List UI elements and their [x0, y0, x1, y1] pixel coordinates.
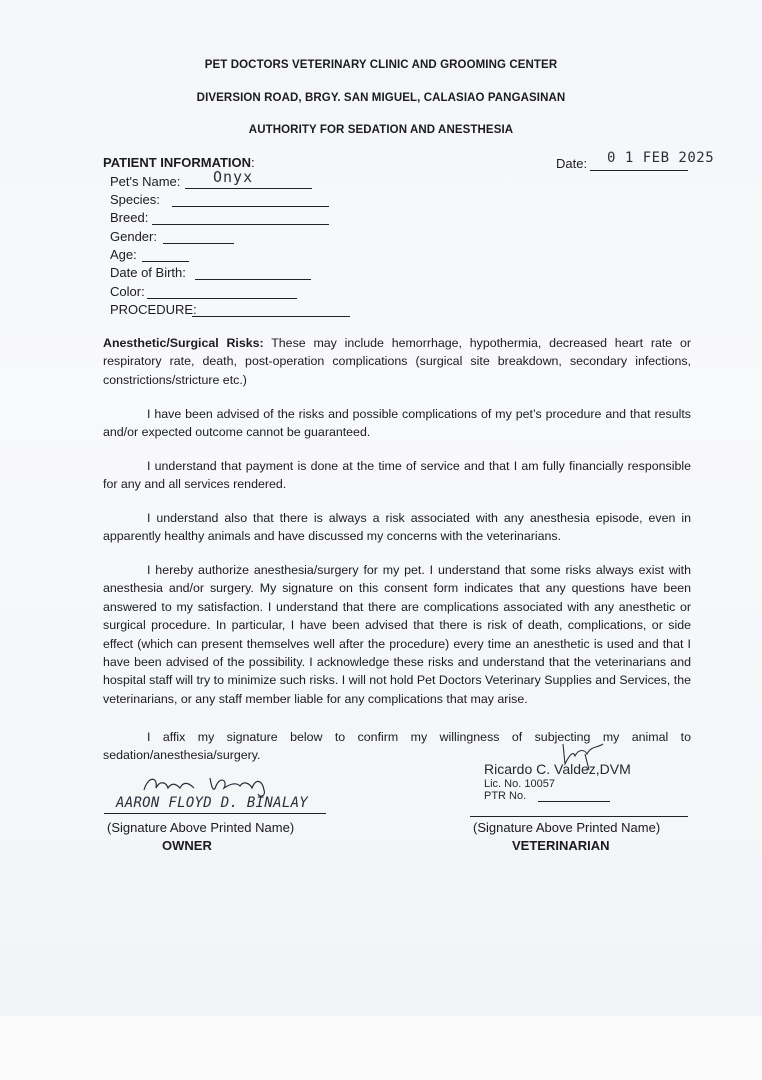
field-label-color: Color:	[110, 284, 145, 299]
clinic-name: PET DOCTORS VETERINARY CLINIC AND GROOMI…	[0, 59, 762, 71]
field-label-gender: Gender:	[110, 229, 157, 244]
date-line[interactable]	[590, 170, 688, 171]
paragraph-text: I understand that payment is done at the…	[103, 459, 691, 491]
field-line-age[interactable]	[142, 261, 189, 262]
owner-printed-name: AARON FLOYD D. BINALAY	[116, 795, 308, 811]
owner-signature-caption: (Signature Above Printed Name)	[107, 820, 294, 835]
field-line-color[interactable]	[147, 298, 297, 299]
field-line-date-of-birth[interactable]	[195, 279, 311, 280]
field-line-pet-name[interactable]	[185, 188, 312, 189]
vet-ptr-line[interactable]	[538, 801, 610, 802]
date-value[interactable]: 0 1 FEB 2025	[607, 150, 714, 166]
risks-label: Anesthetic/Surgical Risks:	[103, 336, 264, 350]
paragraph-text: I have been advised of the risks and pos…	[103, 407, 691, 439]
vet-ptr-label: PTR No.	[484, 790, 526, 802]
paragraph-payment: I understand that payment is done at the…	[103, 457, 691, 494]
paragraph-text: I hereby authorize anesthesia/surgery fo…	[103, 563, 691, 706]
risks-paragraph: Anesthetic/Surgical Risks: These may inc…	[103, 334, 691, 389]
field-label-pet-name: Pet's Name:	[110, 174, 180, 189]
field-line-species[interactable]	[172, 206, 329, 207]
paragraph-anesthesia-risk: I understand also that there is always a…	[103, 509, 691, 546]
owner-role-label: OWNER	[162, 838, 212, 853]
paragraph-text: I understand also that there is always a…	[103, 511, 691, 543]
field-label-date-of-birth: Date of Birth:	[110, 265, 186, 280]
field-line-procedure[interactable]	[192, 316, 350, 317]
clinic-address: DIVERSION ROAD, BRGY. SAN MIGUEL, CALASI…	[0, 92, 762, 104]
vet-name: Ricardo C. Valdez,DVM	[484, 761, 631, 777]
form-title: AUTHORITY FOR SEDATION AND ANESTHESIA	[0, 124, 762, 136]
field-label-age: Age:	[110, 247, 137, 262]
field-label-procedure: PROCEDURE:	[110, 302, 197, 317]
field-label-breed: Breed:	[110, 210, 148, 225]
paragraph-advised-risks: I have been advised of the risks and pos…	[103, 405, 691, 442]
vet-signature-line[interactable]	[470, 816, 688, 817]
field-label-species: Species:	[110, 192, 160, 207]
field-value-pet-name[interactable]: Onyx	[213, 168, 253, 186]
vet-signature-caption: (Signature Above Printed Name)	[473, 820, 660, 835]
date-label: Date:	[556, 156, 587, 171]
vet-role-label: VETERINARIAN	[512, 838, 610, 853]
field-line-breed[interactable]	[152, 224, 329, 225]
owner-signature-line[interactable]	[104, 813, 326, 814]
vet-license: Lic. No. 10057	[484, 778, 555, 790]
field-line-gender[interactable]	[163, 243, 234, 244]
scanner-bed-strip	[0, 1016, 762, 1080]
paragraph-authorization: I hereby authorize anesthesia/surgery fo…	[103, 561, 691, 708]
